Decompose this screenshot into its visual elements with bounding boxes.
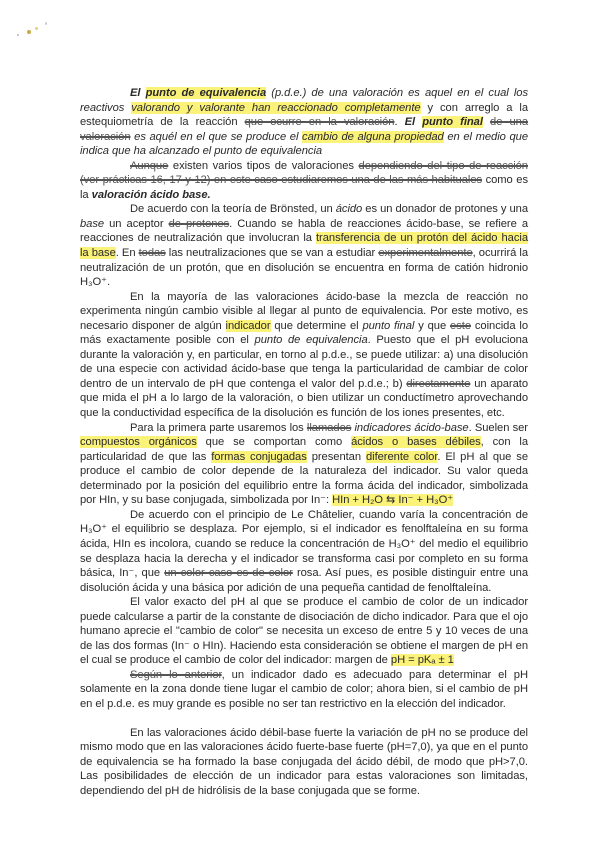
struck-text: llamados <box>307 422 351 434</box>
text-segment: las neutralizaciones que se van a estudi… <box>166 247 379 259</box>
text-segment: base <box>80 218 104 230</box>
paragraph-acido-debil-base-fuerte: En las valoraciones ácido débil-base fue… <box>80 726 528 799</box>
text-segment: ácido <box>336 203 363 215</box>
paragraph-tipos-valoraciones: Aunque existen varios tipos de valoracio… <box>80 159 528 203</box>
struck-text: un color caso es de color <box>164 567 293 579</box>
struck-text: este <box>450 320 471 332</box>
struck-text: de protones <box>169 218 230 230</box>
text-segment: punto de equivalencia <box>255 334 368 346</box>
highlighted-text: punto final <box>422 116 483 128</box>
text-segment: es un donador de protones y una <box>362 203 528 215</box>
text-segment: indicadores ácido-base <box>355 422 469 434</box>
highlighted-text: HIn + H₂O ⇆ In⁻ + H₃O⁺ <box>332 494 453 506</box>
text-segment: El <box>130 87 146 99</box>
highlighted-text: ácidos o bases débiles <box>351 436 481 448</box>
text-segment: presentan <box>307 451 366 463</box>
text-segment: valoración ácido base. <box>92 189 211 201</box>
text-segment: existen varios tipos de valoraciones <box>168 160 358 172</box>
paragraph-indicador: En la mayoría de las valoraciones ácido-… <box>80 290 528 421</box>
speck-icon <box>27 30 31 34</box>
highlighted-text: diferente color <box>366 451 437 463</box>
highlighted-text: indicador <box>226 320 271 332</box>
paragraph-seleccion-indicador: Según lo anterior, un indicador dado es … <box>80 668 528 712</box>
highlighted-text: formas conjugadas <box>211 451 307 463</box>
paragraph-indicadores-acido-base: Para la primera parte usaremos los llama… <box>80 421 528 508</box>
paragraph-punto-equivalencia: El punto de equivalencia (p.d.e.) de una… <box>80 86 528 159</box>
text-segment: El valor exacto del pH al que se produce… <box>80 596 528 666</box>
highlighted-text: valorando y valorante han reaccionado co… <box>131 102 420 114</box>
document-page: El punto de equivalencia (p.d.e.) de una… <box>80 86 528 798</box>
speck-icon <box>17 34 19 36</box>
struck-text: directamente <box>406 378 470 390</box>
text-segment: . Suelen ser <box>469 422 528 434</box>
text-segment: . <box>394 116 404 128</box>
text-segment: y que <box>414 320 450 332</box>
text-segment: Para la primera parte usaremos los <box>130 422 307 434</box>
struck-text: Aunque <box>130 160 168 172</box>
paragraph-bronsted: De acuerdo con la teoría de Brönsted, un… <box>80 202 528 289</box>
struck-text: que ocurre en la valoración <box>245 116 395 128</box>
text-segment: que se comportan como <box>197 436 351 448</box>
text-segment: . En <box>116 247 139 259</box>
text-segment: En las valoraciones ácido débil-base fue… <box>80 727 528 797</box>
speck-icon <box>45 22 47 25</box>
text-segment: un aceptor <box>104 218 169 230</box>
speck-icon <box>35 27 38 30</box>
paragraph-margen-ph: El valor exacto del pH al que se produce… <box>80 595 528 668</box>
struck-text: todas <box>139 247 166 259</box>
highlighted-text: punto de equivalencia <box>146 87 267 99</box>
scan-specks-decoration <box>15 26 55 40</box>
text-segment: es aquél en el que se produce el <box>131 131 303 143</box>
highlighted-text: compuestos orgánicos <box>80 436 197 448</box>
text-segment: que determine el <box>271 320 363 332</box>
paragraph-gap <box>80 712 528 726</box>
struck-text: Según lo anterior <box>130 669 222 681</box>
text-segment: De acuerdo con la teoría de Brönsted, un <box>130 203 336 215</box>
text-segment <box>483 116 490 128</box>
text-segment: El <box>405 116 423 128</box>
struck-text: experimentalmente <box>378 247 472 259</box>
highlighted-text: pH = pKₐ ± 1 <box>391 654 454 666</box>
text-segment: punto final <box>362 320 414 332</box>
highlighted-text: cambio de alguna propiedad <box>302 131 444 143</box>
paragraph-le-chatelier: De acuerdo con el principio de Le Châtel… <box>80 508 528 595</box>
